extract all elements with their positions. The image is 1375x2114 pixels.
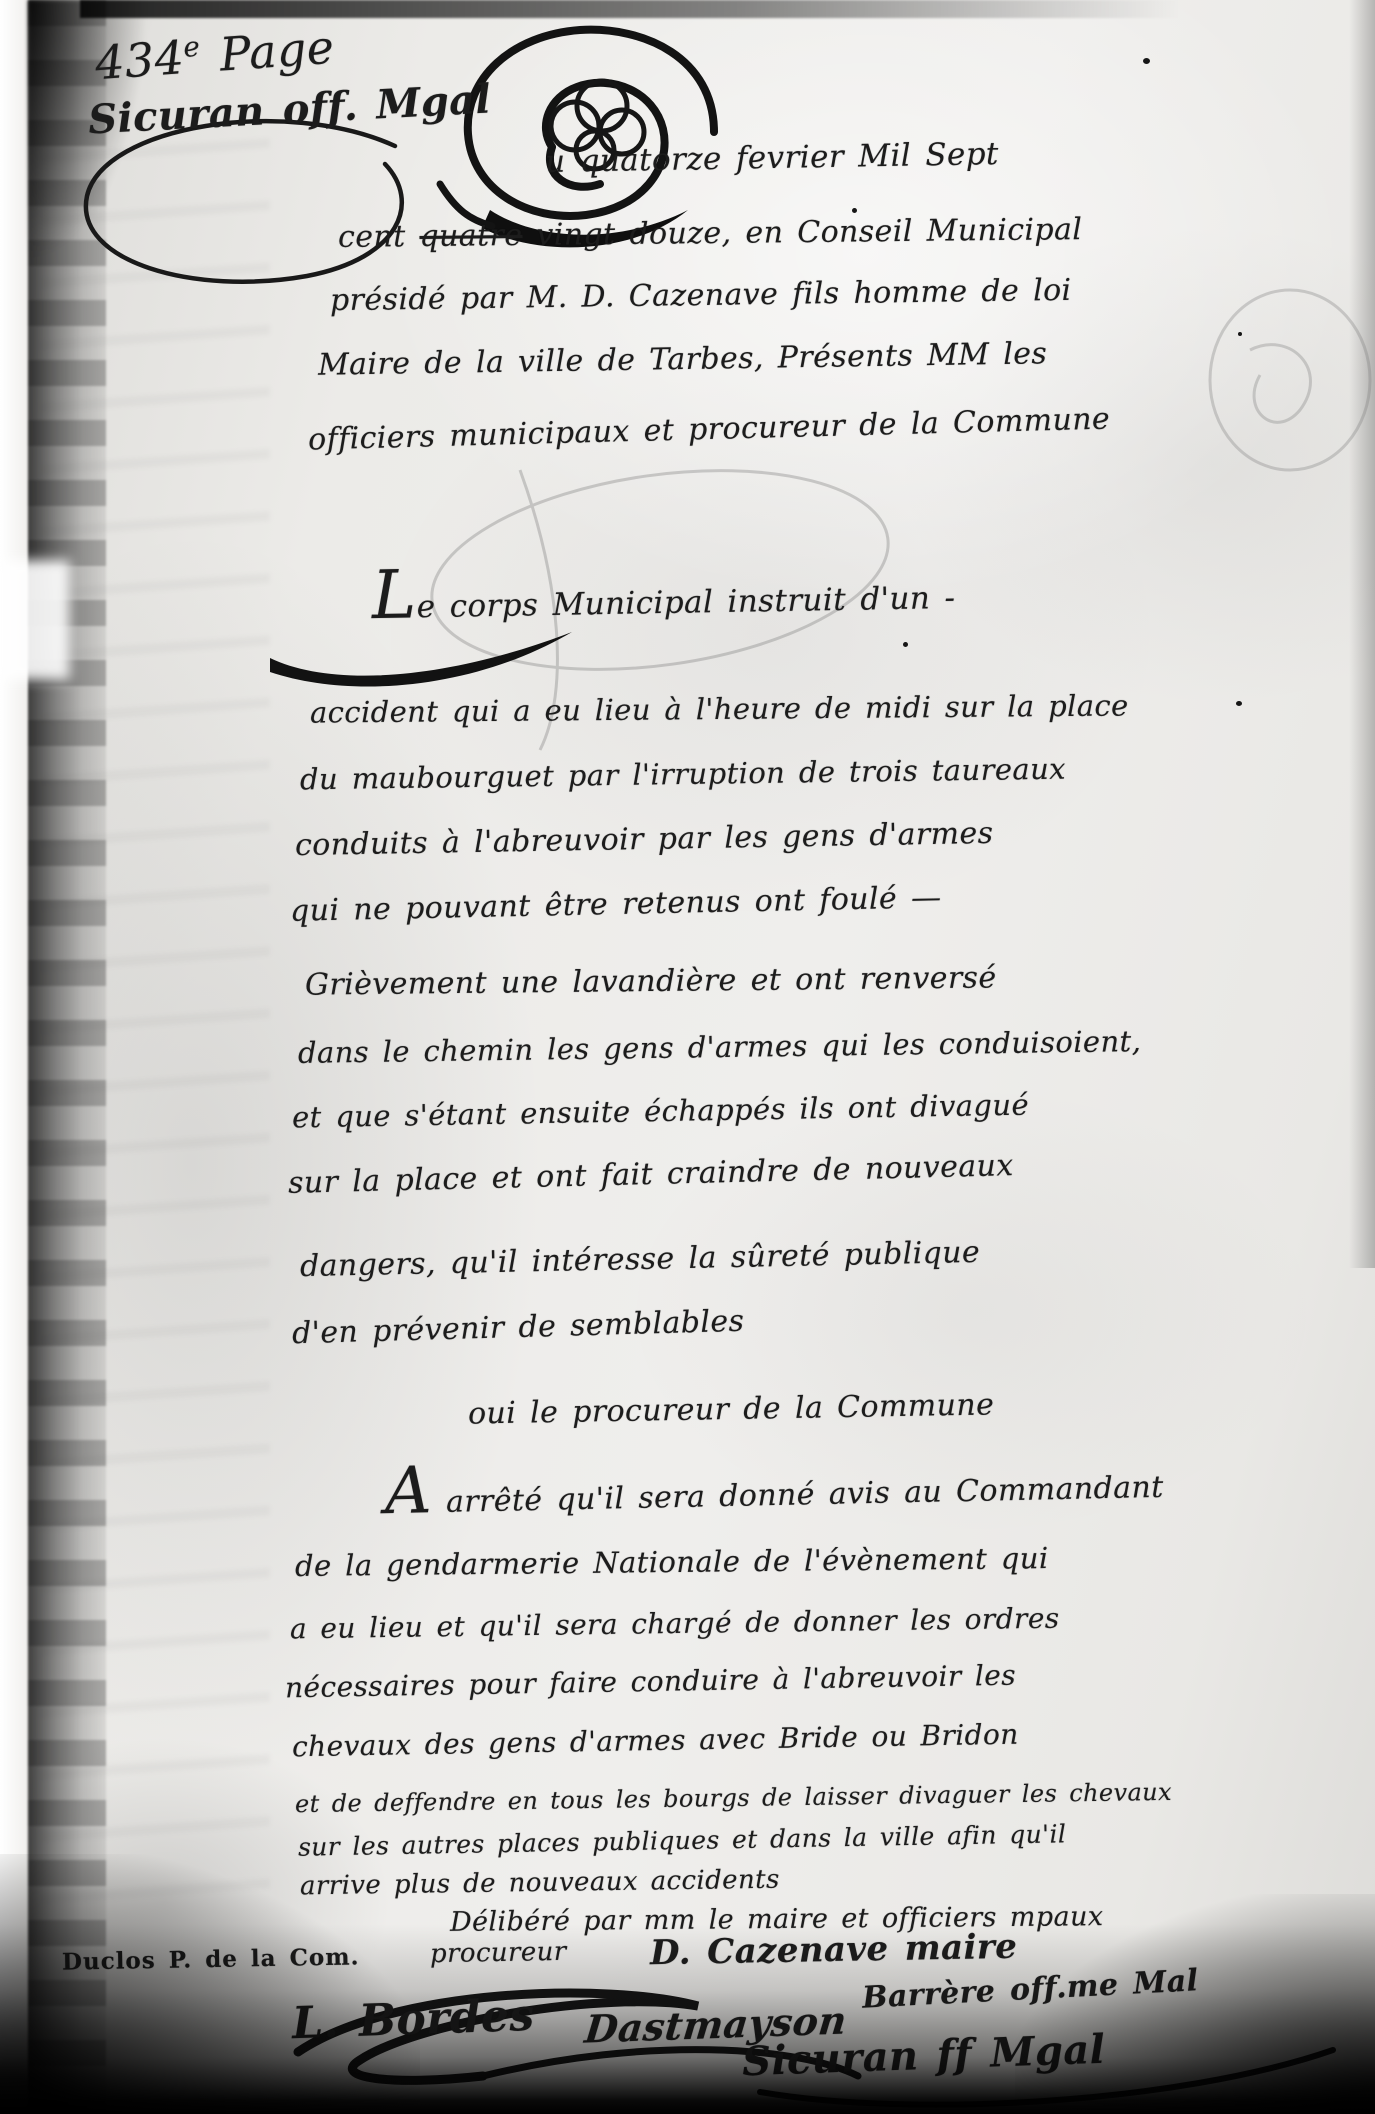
ink-dot: [903, 642, 908, 647]
le-initial-swash: [262, 618, 592, 698]
page-edge-right: [1349, 0, 1375, 1268]
light-leak: [0, 560, 70, 680]
book-spine: [28, 0, 106, 2114]
signature-bordes: L. Bordes: [291, 1990, 535, 2049]
signature-cazenave: D. Cazenave maire: [650, 1927, 1018, 1973]
line2-pre: cent: [338, 219, 420, 255]
struck-word: quatre: [419, 218, 522, 254]
margin-note-duclos: Duclos P. de la Com.: [62, 1943, 360, 1975]
line2-post: vingt douze, en Conseil Municipal: [522, 212, 1082, 253]
manuscript-line: Grièvement une lavandière et ont renvers…: [305, 960, 997, 1002]
page-word: Page: [218, 20, 336, 82]
page-ordinal: e: [182, 30, 201, 64]
ink-dot: [1143, 58, 1150, 64]
ink-dot: [1236, 701, 1242, 706]
manuscript-page: 434e Page Sicuran off. Mgal u quatorze f…: [0, 0, 1375, 2114]
page-number: 434: [93, 30, 186, 90]
ink-dot: [1238, 332, 1242, 336]
pencil-scribble-2: [1180, 260, 1375, 520]
procureur-label: procureur: [430, 1937, 567, 1969]
manuscript-line: accident qui a eu lieu à l'heure de midi…: [310, 688, 1129, 729]
ink-dot: [852, 208, 857, 213]
